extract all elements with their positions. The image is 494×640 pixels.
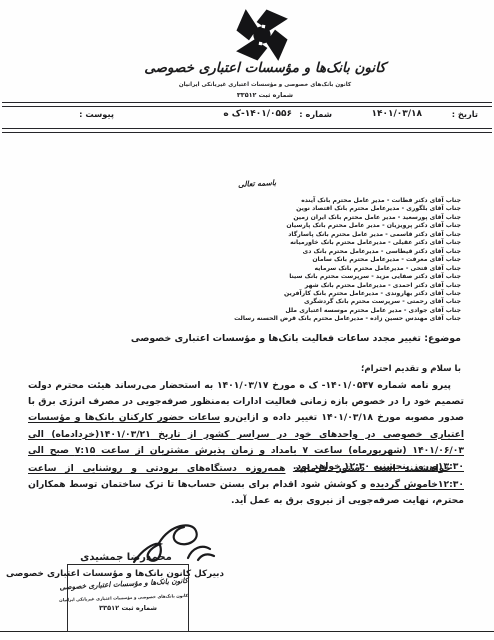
recipient-line: جناب آقای دکتر احمدی - مدیرعامل محترم با… xyxy=(234,282,461,290)
recipients-list: جناب آقای دکتر فطانت - مدیر عامل محترم ب… xyxy=(234,197,461,324)
para2-normal-text: خواهشمند است دستور فرمایید xyxy=(286,463,452,474)
signer-name: محمدرضا جمشیدی xyxy=(66,552,186,563)
double-rule-bottom xyxy=(2,128,492,133)
recipient-line: جناب آقای دکتر عقیلی - مدیرعامل محترم با… xyxy=(234,239,461,247)
org-name: کانون بانک‌ها و مؤسسات اعتباری خصوصی xyxy=(36,60,494,76)
org-registration-number: شماره ثبت ۳۳۵۱۲ xyxy=(36,91,494,99)
stamp-org-subtitle: کانون بانک‌های خصوصی و مؤسسات اعتباری غی… xyxy=(68,593,188,602)
attachment-label: پیوست : xyxy=(79,109,114,119)
recipient-line: جناب آقای دکتر پرویزیان - مدیر عامل محتر… xyxy=(234,222,461,230)
recipient-line: جناب آقای بلگوری - مدیرعامل محترم بانک ا… xyxy=(234,205,461,213)
recipient-line: جناب آقای معرفت - مدیرعامل محترم بانک سا… xyxy=(234,256,461,264)
double-rule-top xyxy=(2,102,492,107)
recipient-line: جناب آقای دکتر قیطاسی - مدیرعامل محترم ب… xyxy=(234,248,461,256)
signer-title: دبیرکل کانون بانک‌ها و مؤسسات اعتباری خص… xyxy=(24,569,224,579)
recipient-line: جناب آقای فتحی - مدیرعامل محترم بانک سرم… xyxy=(234,265,461,273)
recipient-line: جناب آقای دکتر صفایی مزید - سرپرست محترم… xyxy=(234,273,461,281)
body-paragraph-2: خواهشمند است دستور فرمایید همه‌روزه دستگ… xyxy=(28,461,464,510)
org-subtitle: کانون بانک‌های خصوصی و مؤسسات اعتباری غی… xyxy=(36,82,494,88)
number-label: شماره : xyxy=(299,109,332,119)
number-value: ۱۴۰۱/۰۵۵۶-ک ه xyxy=(223,109,292,119)
date-value: ۱۴۰۱/۰۳/۱۸ xyxy=(371,109,422,119)
recipient-line: جناب آقای رحمتی - سرپرست محترم بانک گردش… xyxy=(234,298,461,306)
stamp-registration-number: شماره ثبت ۳۳۵۱۲ xyxy=(68,604,188,612)
subject-line: موضوع: تغییر مجدد ساعات فعالیت بانک‌ها و… xyxy=(131,333,461,344)
date-label: تاریخ : xyxy=(452,109,478,119)
recipient-line: جناب آقای مهندس حسین زاده - مدیرعامل محت… xyxy=(234,315,461,323)
recipient-line: جناب آقای دکتر قاسمی - مدیر عامل محترم ب… xyxy=(234,231,461,239)
organization-logo-icon xyxy=(233,8,291,62)
salutation: با سلام و تقدیم احترام؛ xyxy=(361,364,461,374)
scanned-letter: کانون بانک‌ها و مؤسسات اعتباری خصوصی کان… xyxy=(0,0,494,640)
basmala: باسمه تعالی xyxy=(238,178,277,189)
